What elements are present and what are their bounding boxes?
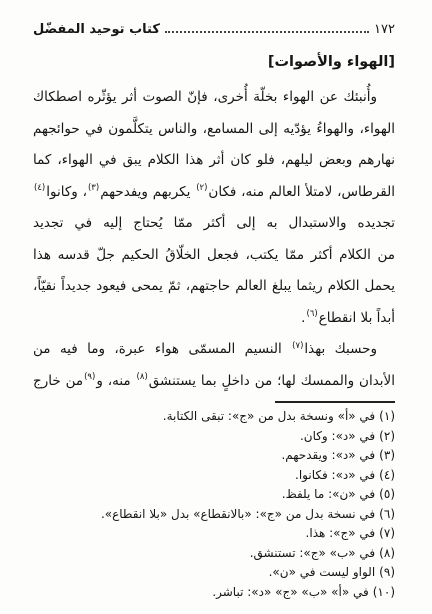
footnote-text: في «ج»: هذا. [306, 526, 376, 540]
book-page: ١٧٢ كتاب توحيد المفضّل [الهواء والأصوات]… [0, 0, 432, 614]
footnote-text: في «ن»: ما يلفظ. [282, 487, 375, 501]
footnote-number: (٥) [379, 485, 395, 505]
paragraph: وحسبك بهذا(٧) النسيم المسمّى هواء عبرة، … [33, 334, 395, 397]
footnote-number: (٣) [379, 446, 395, 466]
text-line: الأبدان والممسك لها؛ من داخلٍ بما يستنشق… [33, 366, 395, 398]
footnote: (٦)في نسخة بدل من «ج»: «بالانقطاع» بدل «… [33, 505, 395, 525]
footnote: (١)في «أ» ونسخة بدل من «ج»: تبقى الكتابة… [33, 407, 395, 427]
footnote-separator [275, 401, 395, 403]
footnote: (١٠)في «أ» «ب» «ج» «د»: تباشر. [33, 583, 395, 603]
dotted-leader [165, 31, 369, 33]
text-line: نهارهم وبعض ليلهم، فلو كان أثر هذا الكلا… [33, 145, 395, 177]
footnote-number: (٨) [379, 544, 395, 564]
section-title: [الهواء والأصوات] [33, 54, 395, 76]
footnote-text: في نسخة بدل من «ج»: «بالانقطاع» بدل «بلا… [101, 507, 375, 521]
footnote: (٢)في «د»: وكان. [33, 427, 395, 447]
footnote-number: (٤) [379, 466, 395, 486]
text-line: القرطاس، لامتلأ العالم منه، فكان(٢) يكرب… [33, 177, 395, 209]
footnote: (٩)الواو ليست في «ن». [33, 563, 395, 583]
footnote-number: (٦) [379, 505, 395, 525]
footnote-marker: (٣) [87, 183, 100, 193]
footnote-text: الواو ليست في «ن». [269, 565, 376, 579]
text-line: وأُنبئك عن الهواء بخلّة أُخرى، فإنّ الصو… [33, 82, 395, 114]
footnote-number: (٧) [379, 524, 395, 544]
footnote-marker: (٤) [33, 183, 46, 193]
footnote: (٨)في «ب» «ج»: تستنشق. [33, 544, 395, 564]
text-line: وحسبك بهذا(٧) النسيم المسمّى هواء عبرة، … [33, 334, 395, 366]
footnote: (٤)في «د»: فكانوا. [33, 466, 395, 486]
footnote-number: (٢) [379, 427, 395, 447]
footnote-text: في «أ» ونسخة بدل من «ج»: تبقى الكتابة. [163, 409, 375, 423]
footnote-marker: (٢) [195, 183, 208, 193]
paragraph: وأُنبئك عن الهواء بخلّة أُخرى، فإنّ الصو… [33, 82, 395, 334]
footnote-number: (١) [379, 407, 395, 427]
footnote: (٣)في «د»: ويقدحهم. [33, 446, 395, 466]
text-line: من الكلام أكثر ممّا يكتب، فجعل الخلّاقُ … [33, 240, 395, 272]
footnote-marker: (٨) [136, 372, 149, 382]
text-line: تجديده والاستبدال به إلى أكثر ممّا يُحتا… [33, 208, 395, 240]
text-line: الهواء، والهواءُ يؤدّيه إلى المسامع، وال… [33, 114, 395, 146]
text-line: يحمل الكلام ريثما يبلغ العالم حاجتهم، ثم… [33, 271, 395, 303]
footnote-text: في «د»: ويقدحهم. [281, 448, 375, 462]
body-text: وأُنبئك عن الهواء بخلّة أُخرى، فإنّ الصو… [33, 82, 395, 397]
footnote: (٥)في «ن»: ما يلفظ. [33, 485, 395, 505]
page-number: ١٧٢ [374, 22, 395, 38]
footnote-marker: (٧) [291, 341, 304, 351]
footnote-number: (٩) [379, 563, 395, 583]
footnote: (٧)في «ج»: هذا. [33, 524, 395, 544]
page-header: ١٧٢ كتاب توحيد المفضّل [33, 16, 395, 38]
footnote-marker: (٩) [83, 372, 96, 382]
running-head-title: كتاب توحيد المفضّل [33, 22, 160, 38]
footnote-number: (١٠) [373, 583, 395, 603]
footnote-marker: (٦) [305, 309, 318, 319]
footnote-text: في «د»: فكانوا. [295, 468, 375, 482]
footnotes-list: (١)في «أ» ونسخة بدل من «ج»: تبقى الكتابة… [33, 407, 395, 602]
footnote-text: في «د»: وكان. [300, 429, 375, 443]
text-line: أبداً بلا انقطاع(٦). [33, 303, 395, 335]
footnote-text: في «ب» «ج»: تستنشق. [250, 546, 375, 560]
footnote-text: في «أ» «ب» «ج» «د»: تباشر. [212, 585, 368, 599]
